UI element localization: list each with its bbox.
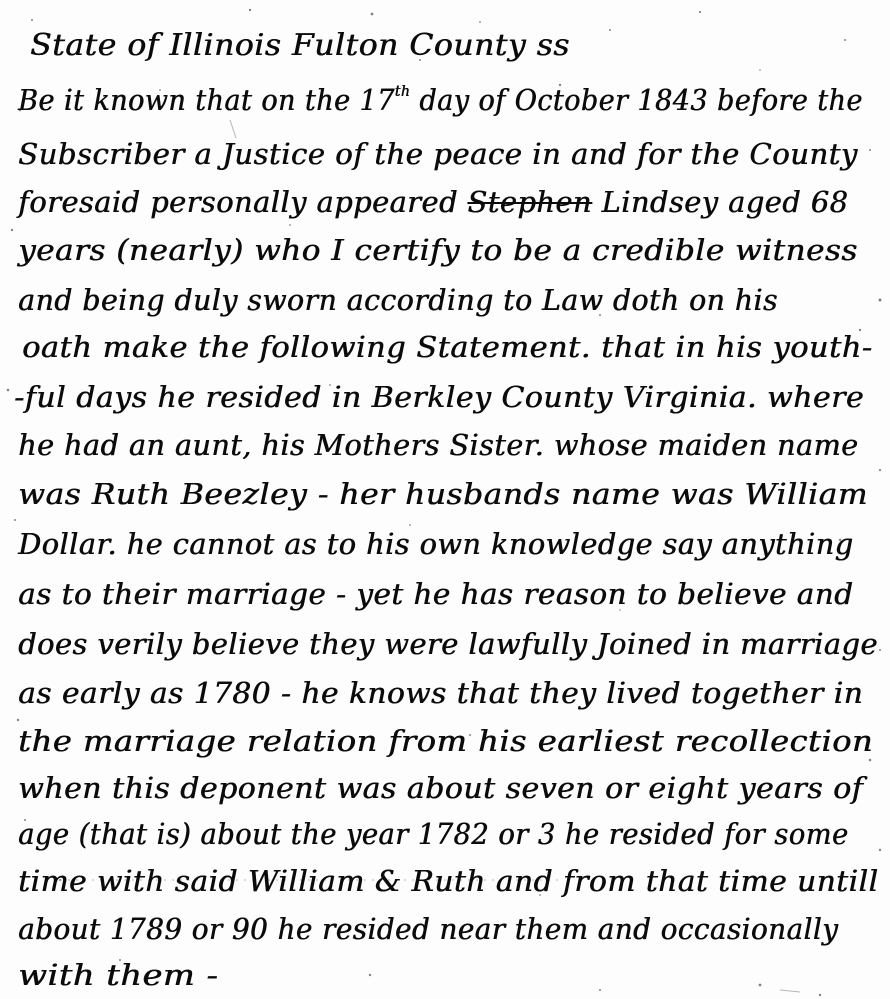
document-line-9: was Ruth Beezley - her husbands name was… xyxy=(18,477,868,511)
document-line-11: as to their marriage - yet he has reason… xyxy=(18,577,853,611)
document-line-3: foresaid personally appeared Stephen Lin… xyxy=(18,185,848,219)
document-line-10: Dollar. he cannot as to his own knowledg… xyxy=(18,527,853,561)
document-line-1: Be it known that on the 17th day of Octo… xyxy=(18,82,863,117)
document-line-5: and being duly sworn according to Law do… xyxy=(18,283,778,317)
document-line-17: time with said William & Ruth and from t… xyxy=(18,864,878,898)
document-line-4: years (nearly) who I certify to be a cre… xyxy=(18,233,858,267)
document-line-6: oath make the following Statement. that … xyxy=(22,330,872,364)
document-heading: State of Illinois Fulton County ss xyxy=(30,28,570,63)
line-1-text-after: day of October 1843 before the xyxy=(410,83,862,117)
scanned-document-page: State of Illinois Fulton County ss Be it… xyxy=(0,0,890,999)
struck-through-name: Stephen xyxy=(467,185,591,219)
line-1-text-before: Be it known that on the 17 xyxy=(18,83,395,117)
line-3-text-after: Lindsey aged 68 xyxy=(592,185,848,219)
document-line-12: does verily believe they were lawfully J… xyxy=(18,627,878,661)
document-line-16: age (that is) about the year 1782 or 3 h… xyxy=(18,817,848,851)
document-line-15: when this deponent was about seven or ei… xyxy=(18,771,863,805)
document-line-18: about 1789 or 90 he resided near them an… xyxy=(18,912,838,946)
document-line-2: Subscriber a Justice of the peace in and… xyxy=(18,137,858,171)
line-3-text-before: foresaid personally appeared xyxy=(18,185,467,219)
document-line-13: as early as 1780 - he knows that they li… xyxy=(18,676,863,710)
document-line-14: the marriage relation from his earliest … xyxy=(18,724,873,758)
document-line-8: he had an aunt, his Mothers Sister. whos… xyxy=(18,428,858,462)
document-line-19: with them - xyxy=(18,958,218,992)
line-1-superscript: th xyxy=(395,82,411,100)
document-line-7: -ful days he resided in Berkley County V… xyxy=(14,380,864,414)
